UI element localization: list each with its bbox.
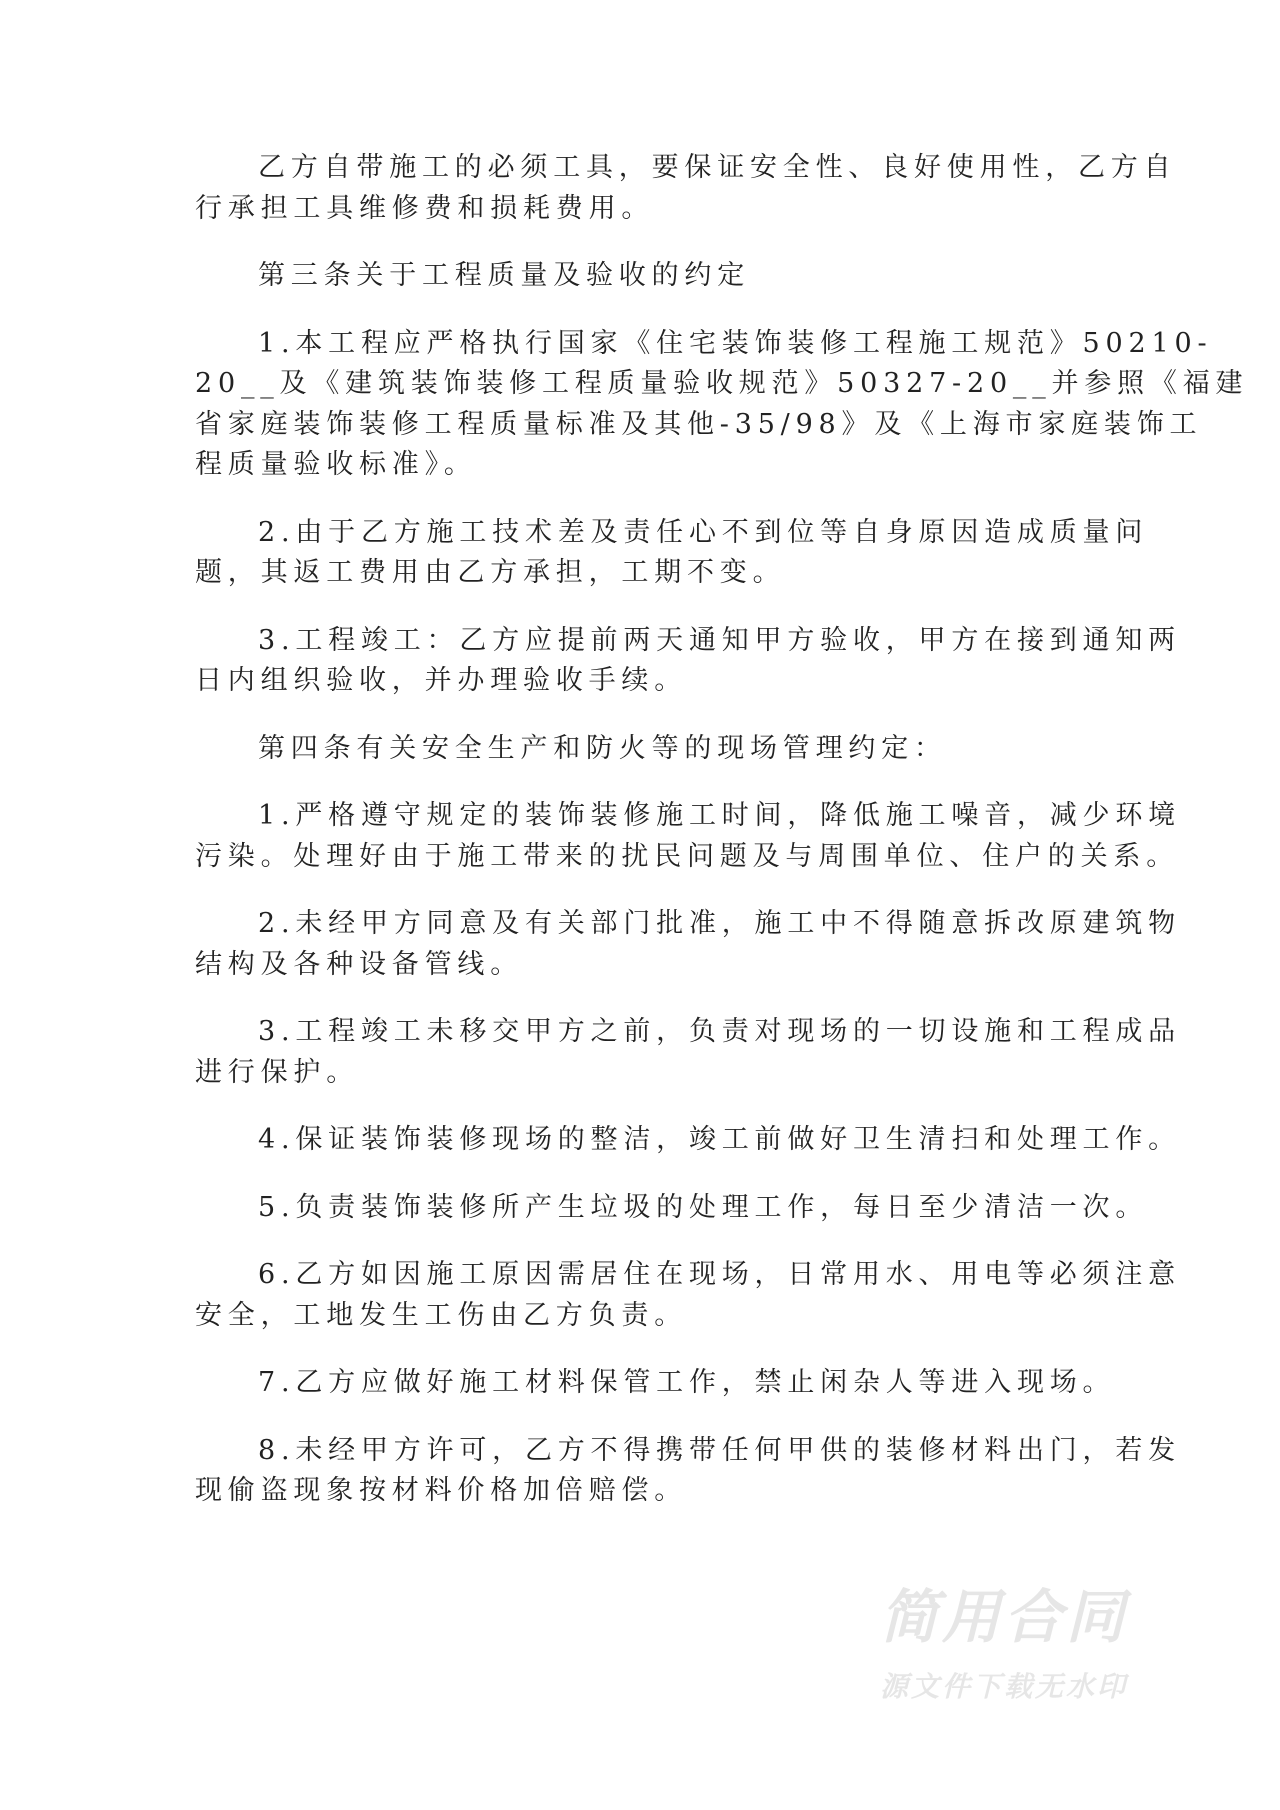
text-line: 8.未经甲方许可，乙方不得携带任何甲供的装修材料出门，若发	[195, 1431, 1085, 1472]
text-line: 污染。处理好由于施工带来的扰民问题及与周围单位、住户的关系。	[195, 837, 1085, 878]
text-line: 日内组织验收，并办理验收手续。	[195, 661, 1085, 702]
clause-4-5: 5.负责装饰装修所产生垃圾的处理工作，每日至少清洁一次。	[195, 1188, 1085, 1229]
heading-text: 第四条有关安全生产和防火等的现场管理约定：	[195, 729, 1085, 770]
heading-text: 第三条关于工程质量及验收的约定	[195, 256, 1085, 297]
paragraph-tools: 乙方自带施工的必须工具，要保证安全性、良好使用性，乙方自 行承担工具维修费和损耗…	[195, 148, 1085, 229]
text-line: 20__及《建筑装饰装修工程质量验收规范》50327-20__并参照《福建	[195, 364, 1085, 405]
text-line: 1.本工程应严格执行国家《住宅装饰装修工程施工规范》50210-	[195, 324, 1085, 365]
clause-4-4: 4.保证装饰装修现场的整洁，竣工前做好卫生清扫和处理工作。	[195, 1120, 1085, 1161]
section-heading-article-4: 第四条有关安全生产和防火等的现场管理约定：	[195, 729, 1085, 770]
text-line: 乙方自带施工的必须工具，要保证安全性、良好使用性，乙方自	[195, 148, 1085, 189]
clause-4-1: 1.严格遵守规定的装饰装修施工时间，降低施工噪音，减少环境 污染。处理好由于施工…	[195, 796, 1085, 877]
clause-4-6: 6.乙方如因施工原因需居住在现场，日常用水、用电等必须注意 安全，工地发生工伤由…	[195, 1255, 1085, 1336]
text-line: 6.乙方如因施工原因需居住在现场，日常用水、用电等必须注意	[195, 1255, 1085, 1296]
text-line: 结构及各种设备管线。	[195, 945, 1085, 986]
text-line: 题，其返工费用由乙方承担，工期不变。	[195, 553, 1085, 594]
text-line: 3.工程竣工未移交甲方之前，负责对现场的一切设施和工程成品	[195, 1012, 1085, 1053]
watermark: 简用合同 源文件下载无水印	[880, 1585, 1200, 1707]
text-line: 1.严格遵守规定的装饰装修施工时间，降低施工噪音，减少环境	[195, 796, 1085, 837]
text-line: 5.负责装饰装修所产生垃圾的处理工作，每日至少清洁一次。	[195, 1188, 1085, 1229]
document-page: 乙方自带施工的必须工具，要保证安全性、良好使用性，乙方自 行承担工具维修费和损耗…	[195, 148, 1085, 1539]
watermark-subtitle: 源文件下载无水印	[880, 1667, 1200, 1707]
text-line: 安全，工地发生工伤由乙方负责。	[195, 1296, 1085, 1337]
clause-4-2: 2.未经甲方同意及有关部门批准，施工中不得随意拆改原建筑物 结构及各种设备管线。	[195, 904, 1085, 985]
section-heading-article-3: 第三条关于工程质量及验收的约定	[195, 256, 1085, 297]
text-line: 2.未经甲方同意及有关部门批准，施工中不得随意拆改原建筑物	[195, 904, 1085, 945]
text-line: 2.由于乙方施工技术差及责任心不到位等自身原因造成质量问	[195, 513, 1085, 554]
text-line: 进行保护。	[195, 1053, 1085, 1094]
clause-4-7: 7.乙方应做好施工材料保管工作，禁止闲杂人等进入现场。	[195, 1363, 1085, 1404]
watermark-title: 简用合同	[880, 1585, 1200, 1649]
clause-3-2: 2.由于乙方施工技术差及责任心不到位等自身原因造成质量问 题，其返工费用由乙方承…	[195, 513, 1085, 594]
clause-3-1: 1.本工程应严格执行国家《住宅装饰装修工程施工规范》50210- 20__及《建…	[195, 324, 1085, 486]
clause-4-8: 8.未经甲方许可，乙方不得携带任何甲供的装修材料出门，若发 现偷盗现象按材料价格…	[195, 1431, 1085, 1512]
text-line: 程质量验收标准》。	[195, 445, 1085, 486]
text-line: 行承担工具维修费和损耗费用。	[195, 189, 1085, 230]
clause-3-3: 3.工程竣工：乙方应提前两天通知甲方验收，甲方在接到通知两 日内组织验收，并办理…	[195, 621, 1085, 702]
text-line: 7.乙方应做好施工材料保管工作，禁止闲杂人等进入现场。	[195, 1363, 1085, 1404]
text-line: 现偷盗现象按材料价格加倍赔偿。	[195, 1471, 1085, 1512]
text-line: 4.保证装饰装修现场的整洁，竣工前做好卫生清扫和处理工作。	[195, 1120, 1085, 1161]
clause-4-3: 3.工程竣工未移交甲方之前，负责对现场的一切设施和工程成品 进行保护。	[195, 1012, 1085, 1093]
text-line: 3.工程竣工：乙方应提前两天通知甲方验收，甲方在接到通知两	[195, 621, 1085, 662]
text-line: 省家庭装饰装修工程质量标准及其他-35/98》及《上海市家庭装饰工	[195, 405, 1085, 446]
